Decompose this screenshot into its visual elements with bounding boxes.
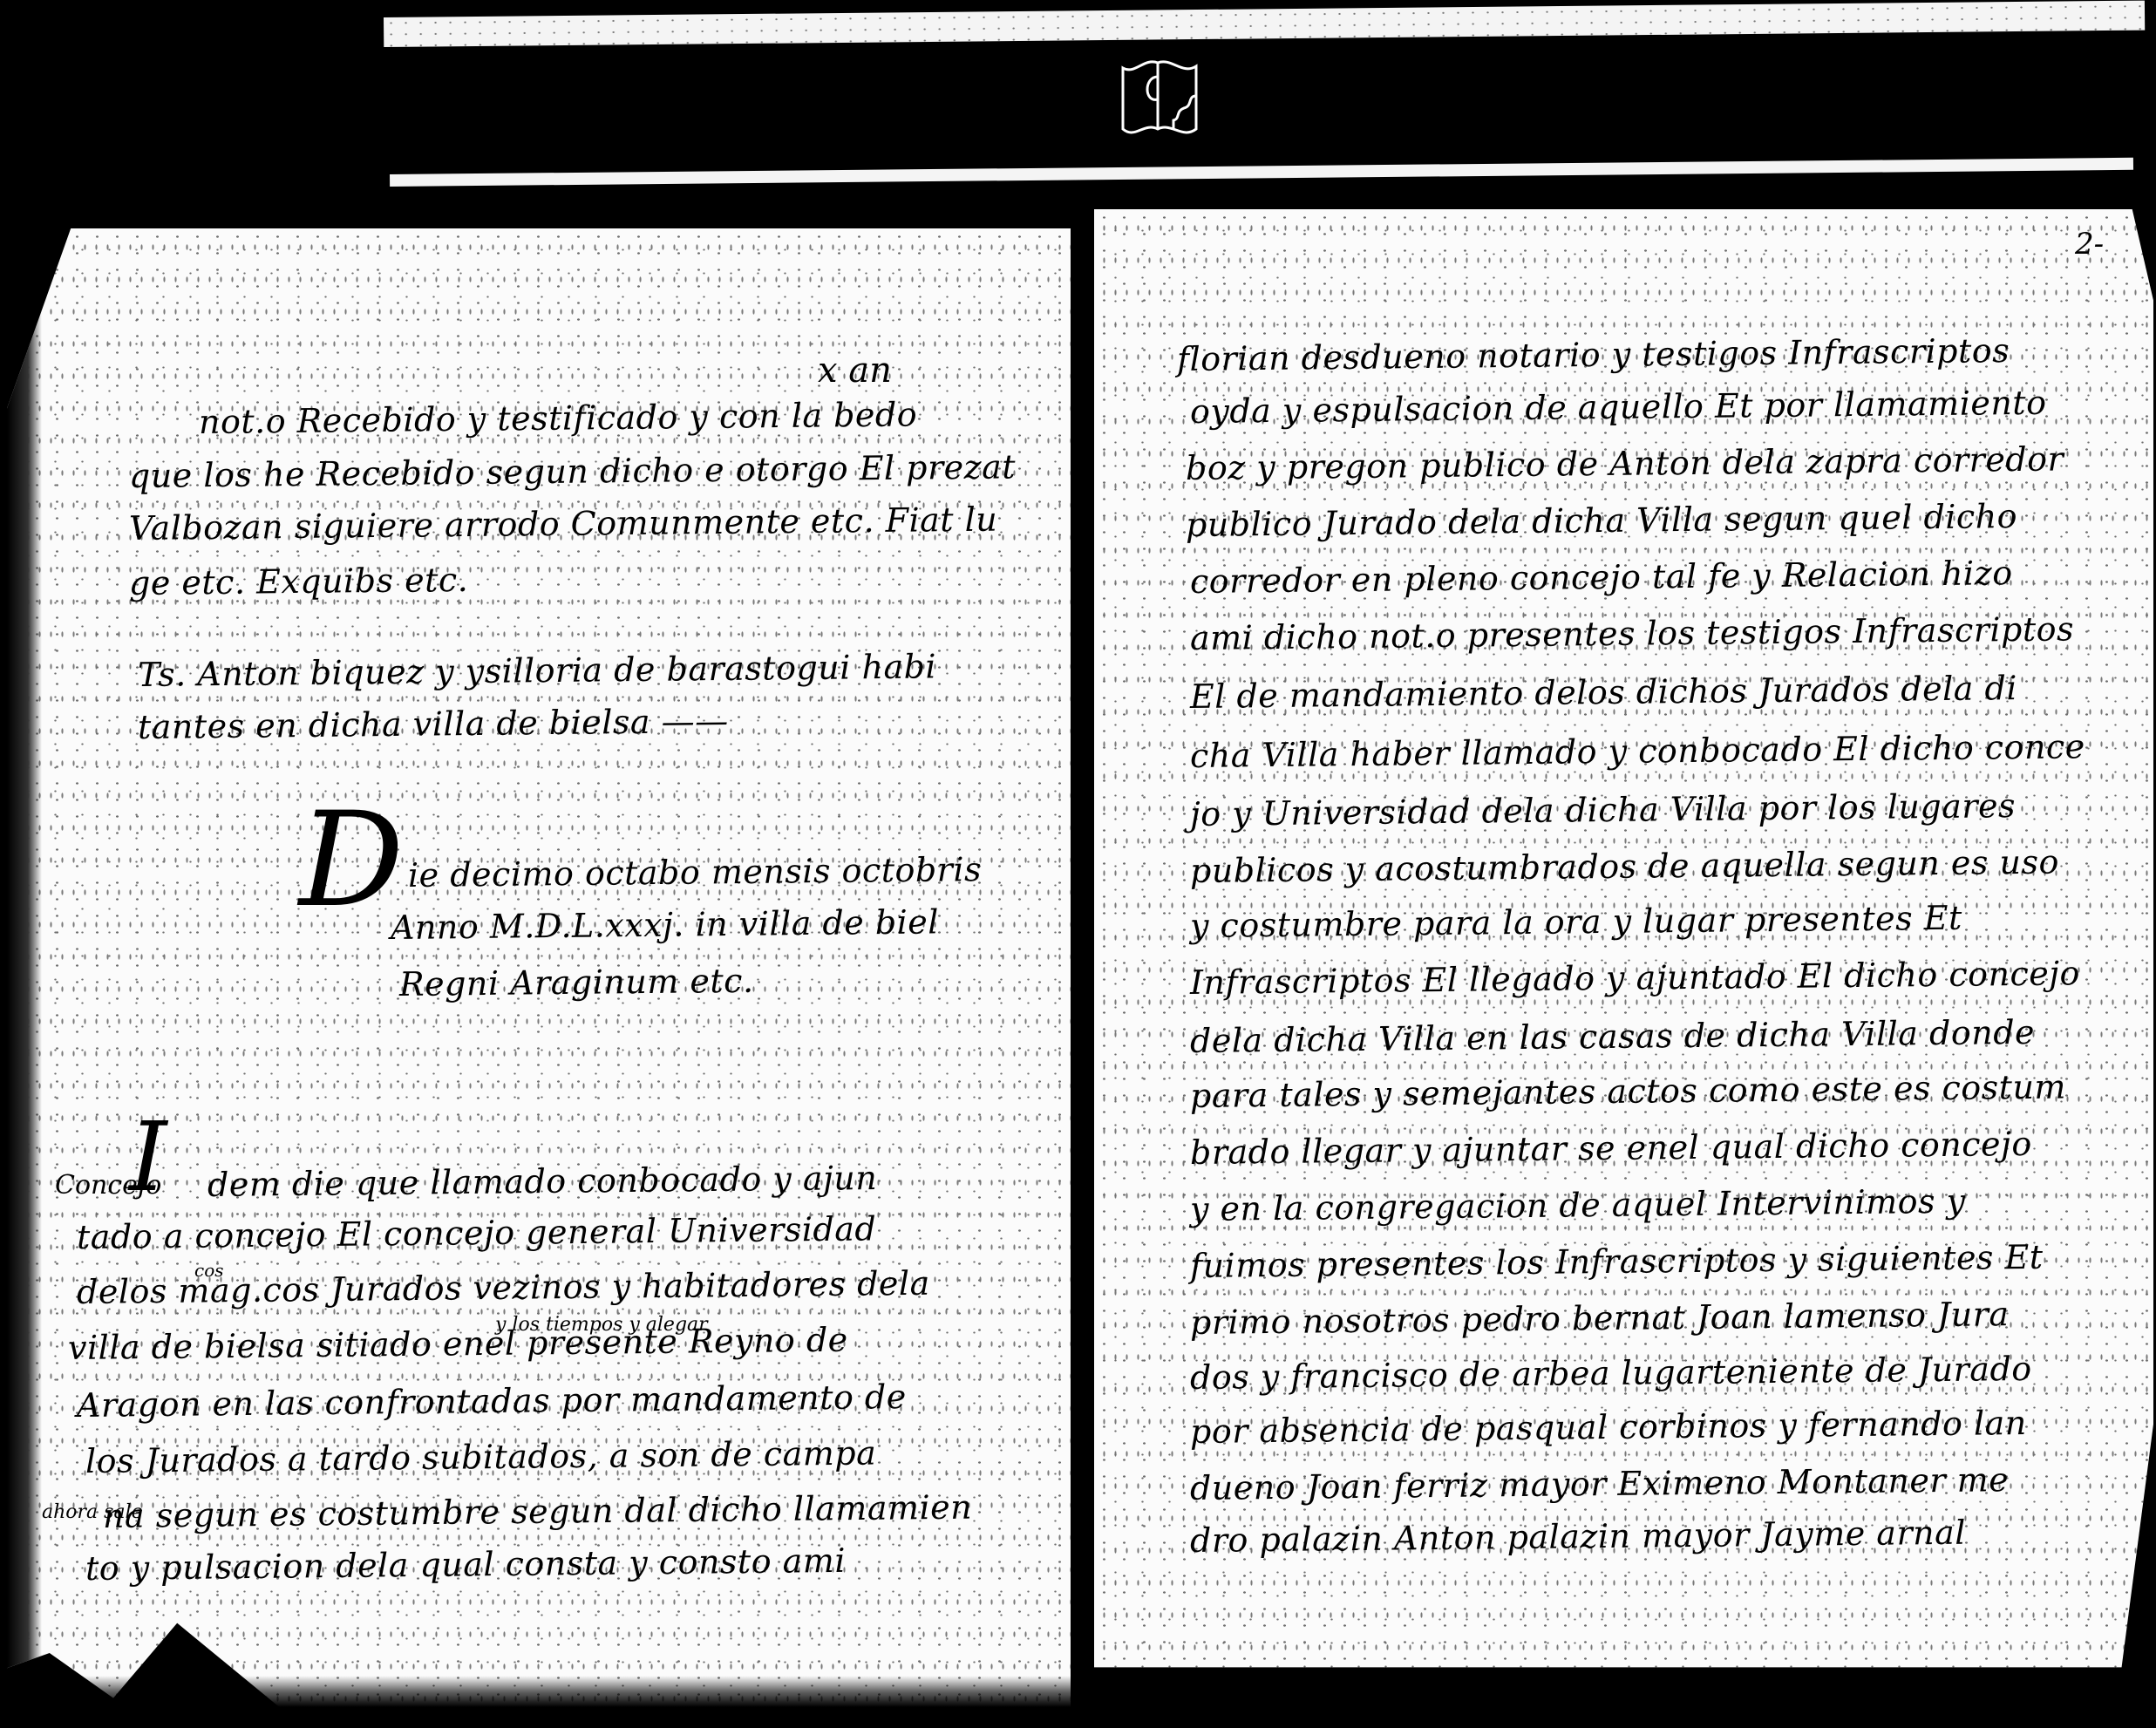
decorated-initial-d: D: [299, 795, 404, 926]
text-line: dem die que llamado conbocado y ajun: [207, 1159, 878, 1204]
text-line: delos mag.cos Jurados vezinos y habitado…: [77, 1264, 930, 1311]
mid-film-strip: [390, 158, 2133, 187]
open-book-emblem-icon: [1118, 42, 1200, 151]
margin-fragment: ahora sale: [42, 1501, 143, 1523]
date-line: Anno M.D.L.xxxj. in villa de biel: [391, 902, 939, 947]
text-line: dro palazin Anton palazin mayor Jayme ar…: [1190, 1514, 1966, 1560]
text-line: dos y francisco de arbea lugarteniente d…: [1190, 1350, 2032, 1397]
decorated-initial-i: I: [129, 1109, 167, 1205]
folio-mark: x an: [818, 350, 892, 391]
text-line: primo nosotros pedro bernat Joan lamenso…: [1190, 1295, 2010, 1342]
text-line: ami dicho not.o presentes los testigos I…: [1190, 609, 2074, 657]
corner-mark: 2-: [2075, 227, 2104, 262]
text-line: villa de bielsa sitiado enel presente Re…: [68, 1321, 848, 1367]
right-manuscript-page: 2- florian desdueno notario y testigos I…: [1094, 209, 2153, 1728]
left-manuscript-page: x an not.o Recebido y testificado y con …: [7, 228, 1071, 1728]
text-line: cha Villa haber llamado y conbocado El d…: [1190, 727, 2085, 775]
text-line: ge etc. Exquibs etc.: [129, 561, 469, 602]
text-line: tantes en dicha villa de bielsa ——: [138, 702, 729, 746]
date-line: ie decimo octabo mensis octobris: [408, 850, 982, 895]
text-line: dela dicha Villa en las casas de dicha V…: [1190, 1013, 2035, 1060]
scan-bottom-shadow: [0, 1676, 2156, 1728]
text-line: to y pulsacion dela qual consta y consto…: [85, 1541, 846, 1588]
text-line: na segun es costumbre segun dal dicho ll…: [103, 1488, 973, 1535]
text-line: boz y pregon publico de Anton dela zapra…: [1186, 439, 2064, 487]
text-line: y en la congregacion de aquel Intervinim…: [1190, 1182, 1966, 1228]
text-line: not.o Recebido y testificado y con la be…: [199, 395, 918, 441]
text-line: los Jurados a tardo subitados, a son de …: [85, 1434, 877, 1480]
text-line: Infrascriptos El llegado y ajuntado El d…: [1190, 954, 2080, 1002]
text-line: florian desdueno notario y testigos Infr…: [1177, 331, 2010, 378]
text-line: por absencia de pasqual corbinos y ferna…: [1190, 1404, 2027, 1451]
text-line: y costumbre para la ora y lugar presente…: [1190, 899, 1962, 945]
date-line: Regni Araginum etc.: [399, 962, 754, 1003]
text-line: fuimos presentes los Infrascriptos y sig…: [1190, 1238, 2044, 1285]
text-line: tado a concejo El concejo general Univer…: [77, 1209, 877, 1256]
text-line: jo y Universidad dela dicha Villa por lo…: [1190, 786, 2016, 833]
text-line: publicos y acostumbrados de aquella segu…: [1190, 843, 2059, 890]
text-line: Aragon en las confrontadas por mandament…: [77, 1378, 907, 1425]
text-line: corredor en pleno concejo tal fe y Relac…: [1190, 554, 2013, 601]
text-line: Valbozan siguiere arrodo Comunmente etc.…: [129, 500, 998, 548]
text-line: para tales y semejantes actos como este …: [1190, 1067, 2066, 1115]
text-line: Ts. Anton biquez y ysilloria de barastog…: [138, 647, 937, 694]
text-line: El de mandamiento delos dichos Jurados d…: [1190, 669, 2017, 716]
text-line: publico Jurado dela dicha Villa segun qu…: [1186, 497, 2018, 544]
top-film-strip: [384, 1, 2145, 47]
text-line: que los he Recebido segun dicho e otorgo…: [129, 447, 1017, 495]
text-line: brado llegar y ajuntar se enel qual dich…: [1190, 1125, 2032, 1172]
text-line: dueno Joan ferriz mayor Eximeno Montaner…: [1190, 1460, 2010, 1507]
page-gutter: [1071, 201, 1086, 1728]
text-line: oyda y espulsacion de aquello Et por lla…: [1190, 384, 2047, 431]
